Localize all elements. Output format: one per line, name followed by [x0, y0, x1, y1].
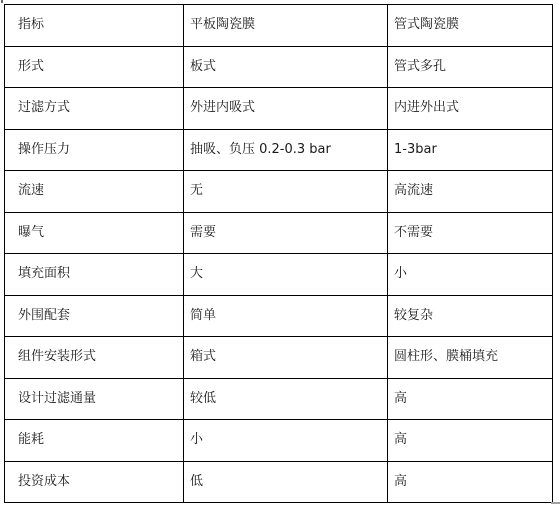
table-cell: 高 [388, 461, 553, 503]
table-cell: 曝气 [5, 212, 184, 254]
table-cell: 1-3bar [388, 129, 553, 171]
table-body: 指标平板陶瓷膜管式陶瓷膜形式板式管式多孔过滤方式外进内吸式内进外出式操作压力抽吸… [5, 5, 553, 503]
table-cell: 箱式 [184, 337, 388, 379]
table-cell: 填充面积 [5, 254, 184, 296]
table-cell: 需要 [184, 212, 388, 254]
table-cell: 抽吸、负压 0.2-0.3 bar [184, 129, 388, 171]
table-cell: 管式多孔 [388, 46, 553, 88]
table-row: 填充面积大小 [5, 254, 553, 296]
ceramic-membrane-comparison-table: 指标平板陶瓷膜管式陶瓷膜形式板式管式多孔过滤方式外进内吸式内进外出式操作压力抽吸… [4, 4, 553, 503]
table-row: 形式板式管式多孔 [5, 46, 553, 88]
table-row: 组件安装形式箱式圆柱形、膜桶填充 [5, 337, 553, 379]
table-cell: 简单 [184, 295, 388, 337]
page: 指标平板陶瓷膜管式陶瓷膜形式板式管式多孔过滤方式外进内吸式内进外出式操作压力抽吸… [0, 0, 560, 516]
table-cell: 较复杂 [388, 295, 553, 337]
table-header-cell: 管式陶瓷膜 [388, 5, 553, 47]
table-cell: 大 [184, 254, 388, 296]
table-row: 操作压力抽吸、负压 0.2-0.3 bar1-3bar [5, 129, 553, 171]
table-cell: 形式 [5, 46, 184, 88]
table-header-cell: 指标 [5, 5, 184, 47]
table-cell: 流速 [5, 171, 184, 213]
table-cell: 投资成本 [5, 461, 184, 503]
table-cell: 组件安装形式 [5, 337, 184, 379]
table-row: 设计过滤通量较低高 [5, 378, 553, 420]
table-cell: 无 [184, 171, 388, 213]
table-cell: 内进外出式 [388, 88, 553, 130]
table-row: 能耗小高 [5, 420, 553, 462]
table-cell: 小 [388, 254, 553, 296]
table-resize-handle [551, 502, 560, 504]
table-cell: 不需要 [388, 212, 553, 254]
table-cell: 低 [184, 461, 388, 503]
table-row: 曝气需要不需要 [5, 212, 553, 254]
table-row: 过滤方式外进内吸式内进外出式 [5, 88, 553, 130]
table-cell: 圆柱形、膜桶填充 [388, 337, 553, 379]
table-cell: 外进内吸式 [184, 88, 388, 130]
table-row: 投资成本低高 [5, 461, 553, 503]
table-cell: 过滤方式 [5, 88, 184, 130]
table-header-row: 指标平板陶瓷膜管式陶瓷膜 [5, 5, 553, 47]
table-cell: 能耗 [5, 420, 184, 462]
table-cell: 较低 [184, 378, 388, 420]
table-cell: 小 [184, 420, 388, 462]
table-cell: 高 [388, 420, 553, 462]
table-cell: 高流速 [388, 171, 553, 213]
table-cell: 板式 [184, 46, 388, 88]
table-cell: 外围配套 [5, 295, 184, 337]
table-header-cell: 平板陶瓷膜 [184, 5, 388, 47]
table-cell: 设计过滤通量 [5, 378, 184, 420]
table-cell: 操作压力 [5, 129, 184, 171]
table-cell: 高 [388, 378, 553, 420]
table-row: 流速无高流速 [5, 171, 553, 213]
table-row: 外围配套简单较复杂 [5, 295, 553, 337]
table-anchor-artifact [1, 0, 3, 3]
